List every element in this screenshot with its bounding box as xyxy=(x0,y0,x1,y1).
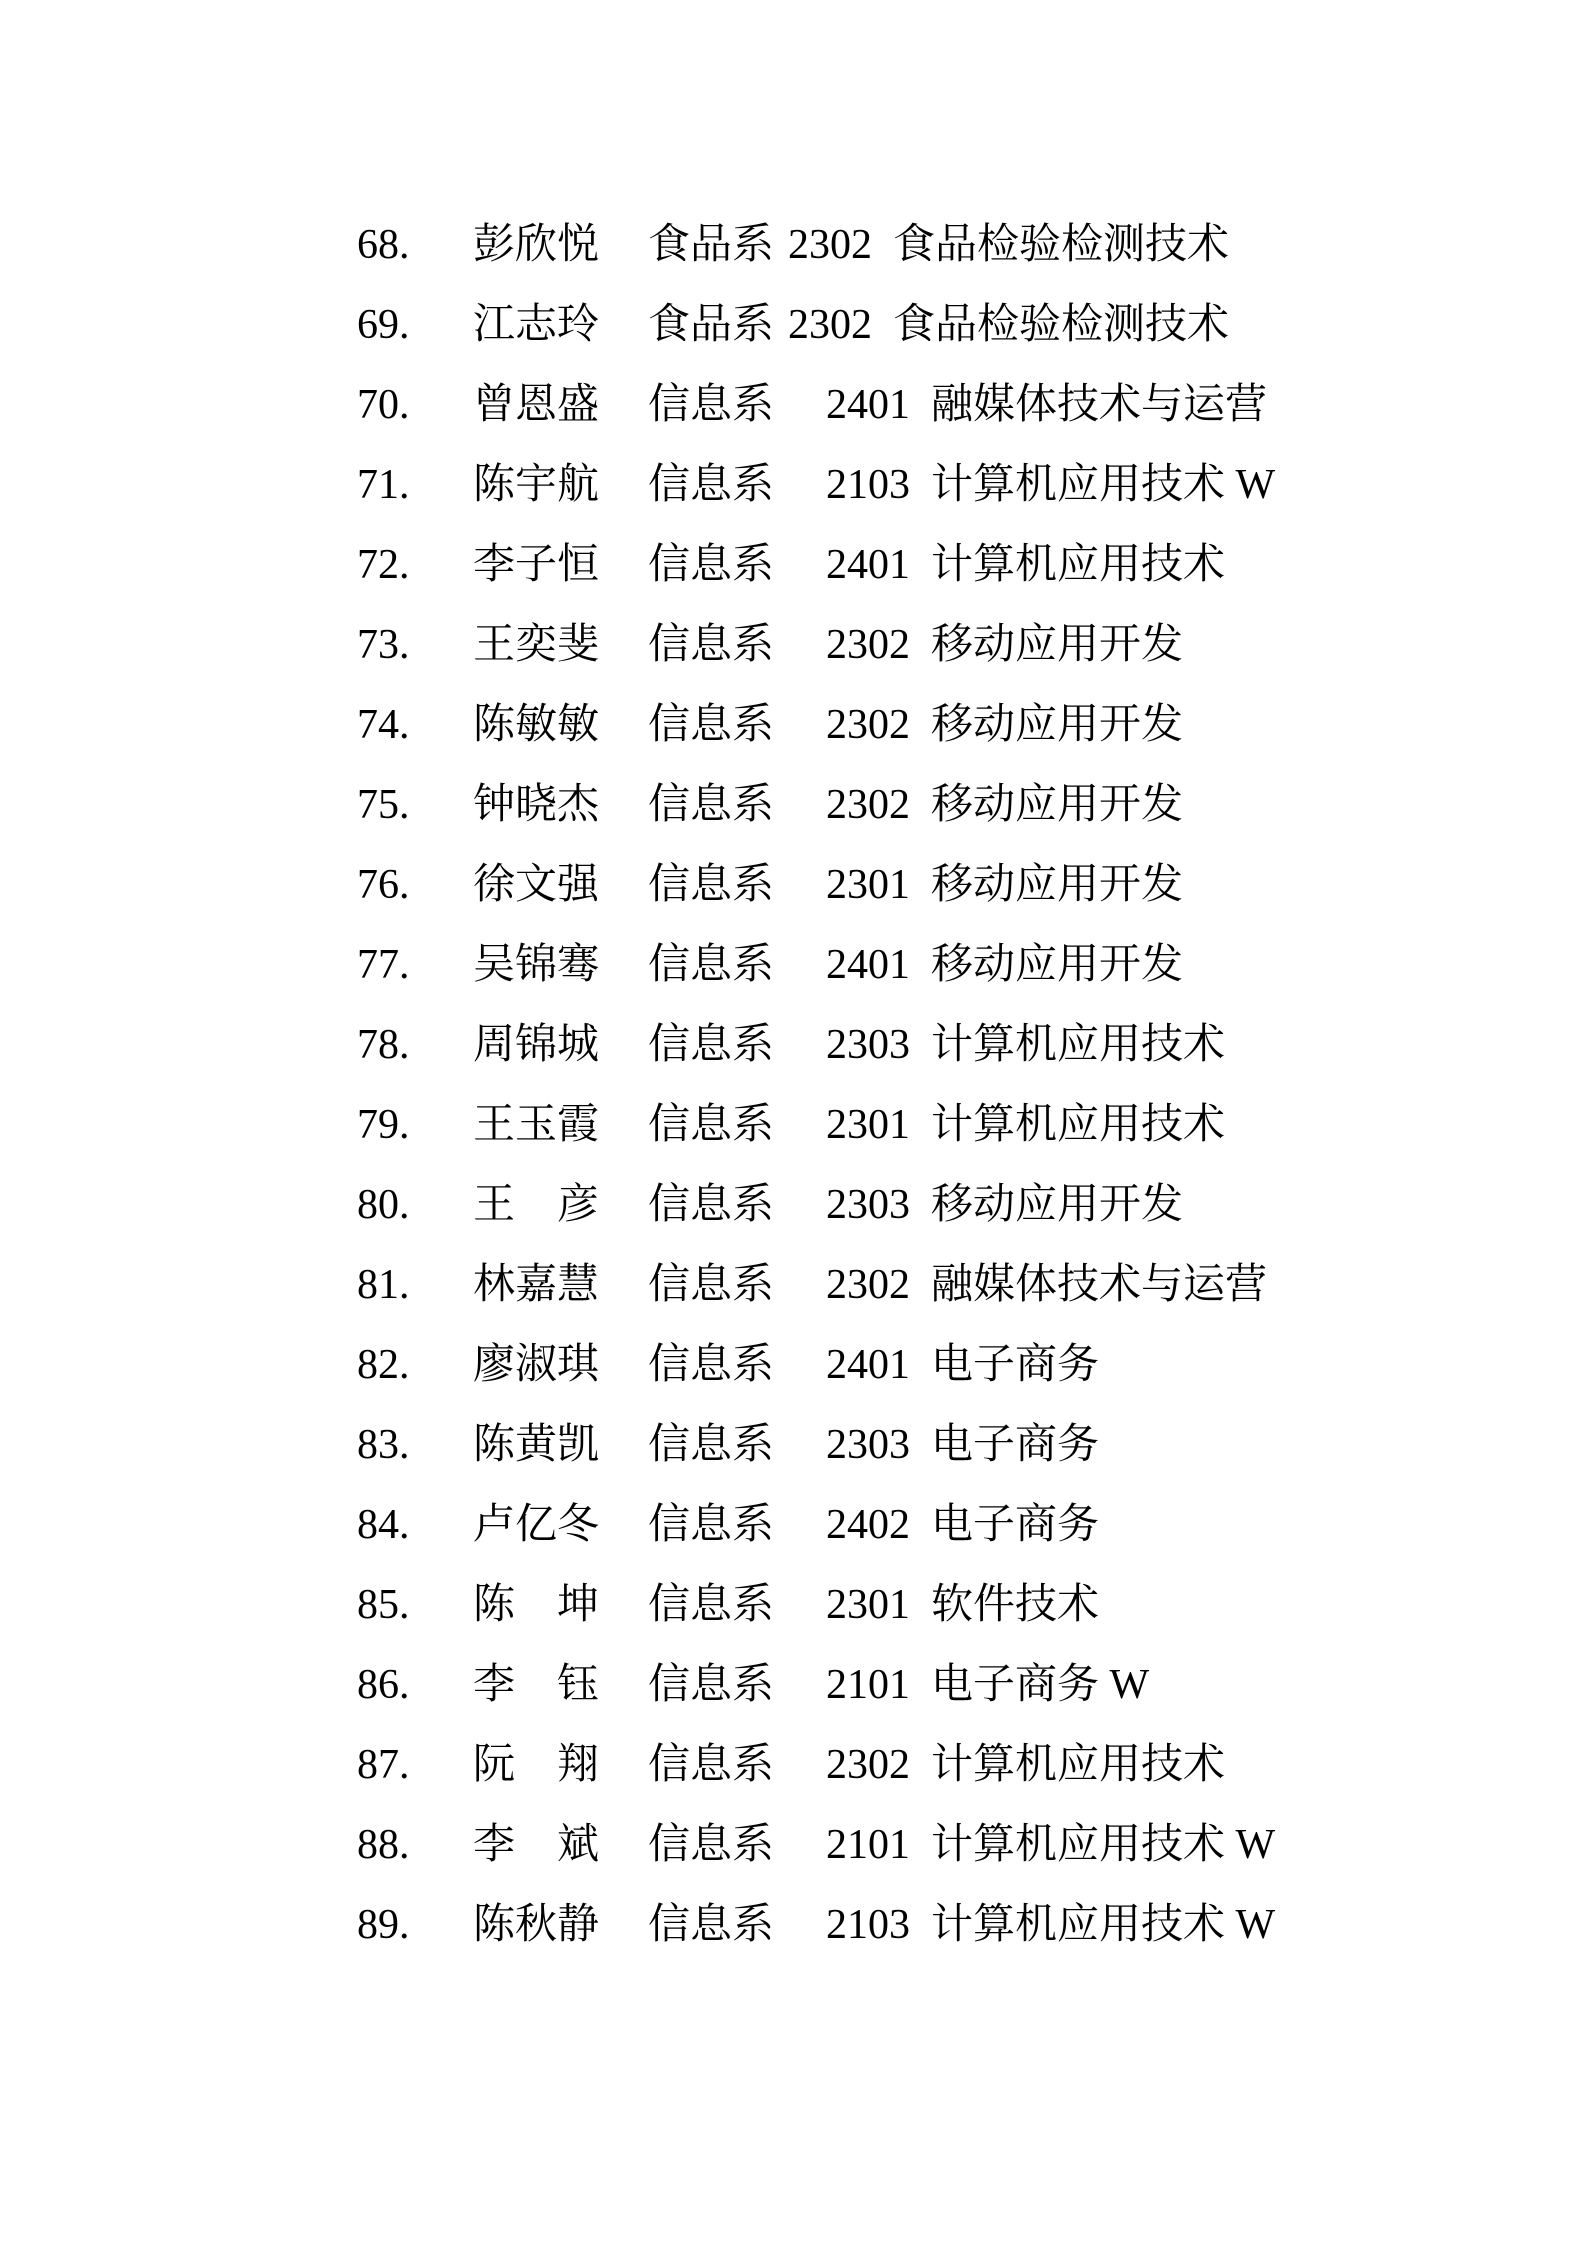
list-item: 86. 李 钰 信息系 2101 电子商务 W xyxy=(357,1645,1275,1725)
list-item: 82. 廖淑琪 信息系 2401 电子商务 xyxy=(357,1325,1275,1405)
department: 信息系 xyxy=(648,445,788,525)
major-name: 电子商务 xyxy=(931,1485,1099,1565)
row-number: 75. xyxy=(357,765,473,845)
list-item: 70. 曾恩盛 信息系 2401 融媒体技术与运营 xyxy=(357,365,1275,445)
list-item: 78. 周锦城 信息系 2303 计算机应用技术 xyxy=(357,1005,1275,1085)
row-number: 71. xyxy=(357,445,473,525)
major-name: 计算机应用技术 xyxy=(931,525,1225,605)
class-code: 2103 xyxy=(826,445,910,525)
class-code: 2101 xyxy=(826,1645,910,1725)
department: 信息系 xyxy=(648,1885,788,1965)
student-name: 徐文强 xyxy=(473,845,648,925)
class-code: 2302 xyxy=(826,685,910,765)
student-name: 王奕斐 xyxy=(473,605,648,685)
student-name: 曾恩盛 xyxy=(473,365,648,445)
row-number: 78. xyxy=(357,1005,473,1085)
department: 信息系 xyxy=(648,685,788,765)
student-name: 李 钰 xyxy=(473,1645,648,1725)
row-number: 72. xyxy=(357,525,473,605)
student-name: 王玉霞 xyxy=(473,1085,648,1165)
department: 信息系 xyxy=(648,1245,788,1325)
major-name: 计算机应用技术 W xyxy=(931,1805,1275,1885)
major-name: 移动应用开发 xyxy=(931,925,1183,1005)
department: 信息系 xyxy=(648,605,788,685)
class-code: 2302 xyxy=(788,205,872,285)
department: 食品系 xyxy=(648,285,788,365)
list-item: 85. 陈 坤 信息系 2301 软件技术 xyxy=(357,1565,1275,1645)
student-name: 陈宇航 xyxy=(473,445,648,525)
major-name: 移动应用开发 xyxy=(931,605,1183,685)
class-code: 2302 xyxy=(826,1725,910,1805)
list-item: 72. 李子恒 信息系 2401 计算机应用技术 xyxy=(357,525,1275,605)
major-name: 电子商务 W xyxy=(931,1645,1149,1725)
row-number: 88. xyxy=(357,1805,473,1885)
department: 信息系 xyxy=(648,1485,788,1565)
class-code: 2301 xyxy=(826,845,910,925)
student-name: 林嘉慧 xyxy=(473,1245,648,1325)
class-code: 2303 xyxy=(826,1165,910,1245)
class-code: 2302 xyxy=(788,285,872,365)
student-name: 吴锦骞 xyxy=(473,925,648,1005)
major-name: 计算机应用技术 W xyxy=(931,1885,1275,1965)
department: 信息系 xyxy=(648,1725,788,1805)
department: 信息系 xyxy=(648,925,788,1005)
department: 食品系 xyxy=(648,205,788,285)
student-list: 68. 彭欣悦 食品系 2302 食品检验检测技术 69. 江志玲 食品系 23… xyxy=(357,205,1275,1965)
major-name: 计算机应用技术 xyxy=(931,1725,1225,1805)
list-item: 81. 林嘉慧 信息系 2302 融媒体技术与运营 xyxy=(357,1245,1275,1325)
row-number: 82. xyxy=(357,1325,473,1405)
department: 信息系 xyxy=(648,1805,788,1885)
department: 信息系 xyxy=(648,765,788,845)
row-number: 76. xyxy=(357,845,473,925)
list-item: 89. 陈秋静 信息系 2103 计算机应用技术 W xyxy=(357,1885,1275,1965)
department: 信息系 xyxy=(648,1085,788,1165)
class-code: 2302 xyxy=(826,765,910,845)
student-name: 李子恒 xyxy=(473,525,648,605)
class-code: 2401 xyxy=(826,365,910,445)
list-item: 79. 王玉霞 信息系 2301 计算机应用技术 xyxy=(357,1085,1275,1165)
major-name: 计算机应用技术 W xyxy=(931,445,1275,525)
list-item: 76. 徐文强 信息系 2301 移动应用开发 xyxy=(357,845,1275,925)
student-name: 陈黄凯 xyxy=(473,1405,648,1485)
class-code: 2302 xyxy=(826,605,910,685)
department: 信息系 xyxy=(648,1005,788,1085)
row-number: 81. xyxy=(357,1245,473,1325)
department: 信息系 xyxy=(648,1165,788,1245)
department: 信息系 xyxy=(648,1565,788,1645)
list-item: 80. 王 彦 信息系 2303 移动应用开发 xyxy=(357,1165,1275,1245)
department: 信息系 xyxy=(648,1325,788,1405)
row-number: 84. xyxy=(357,1485,473,1565)
row-number: 80. xyxy=(357,1165,473,1245)
list-item: 75. 钟晓杰 信息系 2302 移动应用开发 xyxy=(357,765,1275,845)
major-name: 融媒体技术与运营 xyxy=(931,1245,1267,1325)
list-item: 77. 吴锦骞 信息系 2401 移动应用开发 xyxy=(357,925,1275,1005)
major-name: 食品检验检测技术 xyxy=(893,285,1229,365)
major-name: 融媒体技术与运营 xyxy=(931,365,1267,445)
class-code: 2303 xyxy=(826,1405,910,1485)
class-code: 2401 xyxy=(826,525,910,605)
student-name: 江志玲 xyxy=(473,285,648,365)
row-number: 79. xyxy=(357,1085,473,1165)
list-item: 88. 李 斌 信息系 2101 计算机应用技术 W xyxy=(357,1805,1275,1885)
list-item: 87. 阮 翔 信息系 2302 计算机应用技术 xyxy=(357,1725,1275,1805)
row-number: 87. xyxy=(357,1725,473,1805)
row-number: 69. xyxy=(357,285,473,365)
class-code: 2302 xyxy=(826,1245,910,1325)
list-item: 83. 陈黄凯 信息系 2303 电子商务 xyxy=(357,1405,1275,1485)
department: 信息系 xyxy=(648,845,788,925)
major-name: 电子商务 xyxy=(931,1405,1099,1485)
student-name: 陈 坤 xyxy=(473,1565,648,1645)
major-name: 电子商务 xyxy=(931,1325,1099,1405)
row-number: 86. xyxy=(357,1645,473,1725)
student-name: 彭欣悦 xyxy=(473,205,648,285)
class-code: 2303 xyxy=(826,1005,910,1085)
major-name: 移动应用开发 xyxy=(931,765,1183,845)
row-number: 70. xyxy=(357,365,473,445)
row-number: 83. xyxy=(357,1405,473,1485)
major-name: 移动应用开发 xyxy=(931,685,1183,765)
student-name: 廖淑琪 xyxy=(473,1325,648,1405)
list-item: 74. 陈敏敏 信息系 2302 移动应用开发 xyxy=(357,685,1275,765)
student-name: 钟晓杰 xyxy=(473,765,648,845)
student-name: 阮 翔 xyxy=(473,1725,648,1805)
row-number: 89. xyxy=(357,1885,473,1965)
major-name: 移动应用开发 xyxy=(931,1165,1183,1245)
department: 信息系 xyxy=(648,525,788,605)
list-item: 84. 卢亿冬 信息系 2402 电子商务 xyxy=(357,1485,1275,1565)
student-name: 周锦城 xyxy=(473,1005,648,1085)
class-code: 2301 xyxy=(826,1565,910,1645)
list-item: 71. 陈宇航 信息系 2103 计算机应用技术 W xyxy=(357,445,1275,525)
list-item: 73. 王奕斐 信息系 2302 移动应用开发 xyxy=(357,605,1275,685)
student-name: 王 彦 xyxy=(473,1165,648,1245)
department: 信息系 xyxy=(648,1645,788,1725)
row-number: 68. xyxy=(357,205,473,285)
department: 信息系 xyxy=(648,1405,788,1485)
class-code: 2402 xyxy=(826,1485,910,1565)
row-number: 85. xyxy=(357,1565,473,1645)
major-name: 计算机应用技术 xyxy=(931,1005,1225,1085)
student-name: 李 斌 xyxy=(473,1805,648,1885)
class-code: 2101 xyxy=(826,1805,910,1885)
row-number: 77. xyxy=(357,925,473,1005)
student-name: 陈秋静 xyxy=(473,1885,648,1965)
major-name: 移动应用开发 xyxy=(931,845,1183,925)
department: 信息系 xyxy=(648,365,788,445)
class-code: 2301 xyxy=(826,1085,910,1165)
major-name: 计算机应用技术 xyxy=(931,1085,1225,1165)
class-code: 2401 xyxy=(826,1325,910,1405)
class-code: 2401 xyxy=(826,925,910,1005)
class-code: 2103 xyxy=(826,1885,910,1965)
list-item: 69. 江志玲 食品系 2302 食品检验检测技术 xyxy=(357,285,1275,365)
list-item: 68. 彭欣悦 食品系 2302 食品检验检测技术 xyxy=(357,205,1275,285)
row-number: 73. xyxy=(357,605,473,685)
student-name: 卢亿冬 xyxy=(473,1485,648,1565)
major-name: 软件技术 xyxy=(931,1565,1099,1645)
document-page: 68. 彭欣悦 食品系 2302 食品检验检测技术 69. 江志玲 食品系 23… xyxy=(0,0,1587,2245)
student-name: 陈敏敏 xyxy=(473,685,648,765)
major-name: 食品检验检测技术 xyxy=(893,205,1229,285)
row-number: 74. xyxy=(357,685,473,765)
